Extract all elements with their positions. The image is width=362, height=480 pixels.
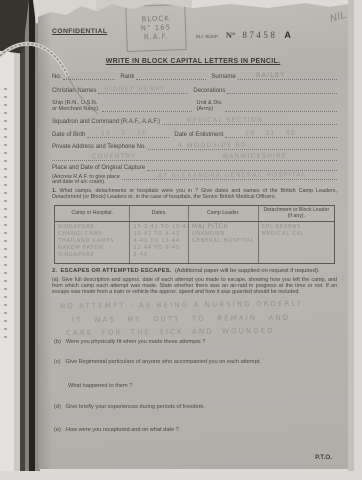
christian-names-line: SIDNEY HENRY [98,86,188,94]
question-2a: (a)Give full description and approx. dat… [52,277,337,296]
table-entry: 12-44 TO 8-45 [133,245,185,252]
question-2a-text: Give full description and approx. date o… [52,277,337,295]
question-2c-followup: What happened to them ? [68,383,336,389]
date-of-birth-handwritten: 16 - 2 - 16 [101,129,147,137]
question-2e-text: How were you recaptured and on what date… [66,427,179,433]
christian-names-handwritten: SIDNEY HENRY [104,85,166,94]
unit-div-line [225,104,337,112]
table-entry: 15-2-42 TO 10-42 [133,224,185,231]
table-column-detachment: CPL KEARNS MEDICAL CPL [259,222,334,263]
ship-label: Ship (R.N., U.S.N. or Merchant Navy). [52,100,100,112]
question-2b-text: Were you physically fit when you made th… [66,339,206,345]
table-entry: THAILAND CAMPS [58,238,126,245]
table-entry: SINGAPORE [58,224,126,231]
question-1: 1.What camps, detachments or hospitals w… [52,188,337,200]
table-entry: CPL KEARNS [262,224,331,231]
escape-answer-line: IT WAS MY DUTY TO REMAIN AND [72,314,290,324]
no-line [63,72,115,80]
table-entry: CHANGI CAMP [58,231,126,238]
camps-table: Camp or Hospital. Dates. Camp Leader. De… [54,205,335,264]
address-city-handwritten: COVENTRY [92,152,136,160]
question-2e: (e)How were you recaptured and on what d… [54,427,336,433]
question-2d-text: Give briefly your experiences during per… [66,404,205,410]
table-entry: UNKNOWN [192,231,255,238]
christian-names-label: Christian Names [52,88,96,94]
question-1-text: What camps, detachments or hospitals wer… [52,188,337,200]
mi9-label: M.I. 9/JAP. [196,35,219,40]
question-2b: (b)Were you physically fit when you made… [54,339,336,345]
decorations-line [227,86,337,94]
raf-block-stamp: BLOCK N° 165 R.A.F. [125,4,187,52]
table-entry: 4-43 TO 12-44 [133,238,185,245]
table-entry: 10-42 TO 4-43 [133,231,185,238]
table-entry: MAJ PITCH [192,224,255,231]
capture-sub-label-2: and date of a/c crash). [52,179,337,185]
address-line-2: COVENTRY WARWICKSHIRE [52,153,337,161]
date-of-birth-label: Date of Birth [52,132,85,138]
enlistment-handwritten: 29 . 11 . 40 [245,129,296,137]
serial-number: 87458 [242,30,277,40]
number-label: N° [226,30,236,40]
escape-answer-line: CARE FOR THE SICK AND WOUNDED . [66,327,287,337]
questionnaire-page: CONFIDENTIAL BLOCK N° 165 R.A.F. M.I. 9/… [38,2,348,469]
table-entry: NAKOM PATON [58,245,126,252]
question-2b-label: (b) [54,339,61,345]
field-row: Date of Birth 16 - 2 - 16 Date of Enlist… [52,130,337,138]
field-row: Christian Names SIDNEY HENRY Decorations [52,86,337,94]
enlistment-line: 29 . 11 . 40 [225,130,337,138]
date-of-birth-line: 16 - 2 - 16 [87,130,169,138]
no-label: No. [52,74,61,80]
handwritten-nil: NIL [329,10,348,25]
question-2-note: (Additional paper will be supplied on re… [175,268,320,274]
decorations-label: Decorations [193,88,225,94]
squadron-handwritten: MEDICAL SECTION [186,116,263,125]
enlistment-label: Date of Enlistment [174,132,223,138]
question-2a-label: (a) [52,277,59,283]
question-2d-label: (d) [54,404,61,410]
field-row: COVENTRY WARWICKSHIRE [52,153,337,161]
table-header: Camp or Hospital. [55,206,130,222]
squadron-label: Squadron and Command (R.A.F., A.A.F.) [52,119,160,125]
serial-suffix: A [284,30,291,40]
question-2-heading: 2. ESCAPES OR ATTEMPTED ESCAPES. (Additi… [52,268,337,274]
unit-div-label: Unit & Div. (Army) [197,100,223,112]
address-label: Private Address and Telephone No. [52,144,146,150]
page-stack-edge [0,0,14,480]
page-content: CONFIDENTIAL BLOCK N° 165 R.A.F. M.I. 9/… [38,2,348,469]
table-entry: GENERAL HOSPITAL [192,238,255,245]
escape-answer-line: NO ATTEMPT - AS BEING A NURSING ORDERLY [60,300,303,311]
table-header: Camp Leader. [189,206,259,222]
confidential-marking: CONFIDENTIAL [52,28,107,35]
address-county-handwritten: WARWICKSHIRE [222,152,287,161]
question-2e-label: (e) [54,427,61,433]
field-row: Private Address and Telephone No. 4 WOOD… [52,142,337,150]
table-header: Dates. [130,206,189,222]
address-handwritten: 4 WOODSIDE RD. [178,141,251,150]
question-2c-text: Give Regimental particulars of anyone wh… [66,359,261,365]
question-1-number: 1. [52,188,57,194]
question-2-number: 2. [52,268,57,274]
question-2d: (d)Give briefly your experiences during … [54,404,336,410]
table-header: Detachment or Block Leader (if any). [259,206,334,222]
backdrop [0,471,362,480]
question-2-title: ESCAPES OR ATTEMPTED ESCAPES. [60,268,171,274]
surname-line: BAILEY [238,72,337,80]
ship-line [102,104,192,112]
field-row: Ship (R.N., U.S.N. or Merchant Navy). Un… [52,98,337,112]
question-2c: (c)Give Regimental particulars of anyone… [54,359,336,365]
table-column-dates: 15-2-42 TO 10-42 10-42 TO 4-43 4-43 TO 1… [130,222,189,263]
scanned-document: CONFIDENTIAL BLOCK N° 165 R.A.F. M.I. 9/… [0,0,362,480]
rank-label: Rank [120,74,134,80]
table-entry: 8-45 [133,252,185,259]
underlying-page-text-fragments [4,88,7,343]
capture-line [147,163,337,171]
stamp-line: R.A.F. [127,32,185,42]
capture-label: Place and Date of Original Capture [52,165,145,171]
rank-line [136,72,206,80]
squadron-line: MEDICAL SECTION [162,117,337,125]
field-row: No. Rank Surname BAILEY [52,72,337,80]
question-2c-label: (c) [54,359,61,365]
table-column-leader: MAJ PITCH UNKNOWN GENERAL HOSPITAL [189,222,259,263]
underlying-sheet-edge [354,0,362,480]
form-instruction-heading: WRITE IN BLOCK CAPITAL LETTERS IN PENCIL… [38,58,348,65]
table-entry: MEDICAL CPL [262,231,331,238]
table-entry: SINGAPORE [58,252,126,259]
pto-marking: P.T.O. [315,454,332,461]
surname-handwritten: BAILEY [256,71,285,79]
reference-number-row: M.I. 9/JAP. N° 87458 A [196,30,344,40]
field-row: Squadron and Command (R.A.F., A.A.F.) ME… [52,117,337,125]
surname-label: Surname [211,74,235,80]
address-line: 4 WOODSIDE RD. [148,142,337,150]
table-column-camp: SINGAPORE CHANGI CAMP THAILAND CAMPS NAK… [55,222,130,263]
